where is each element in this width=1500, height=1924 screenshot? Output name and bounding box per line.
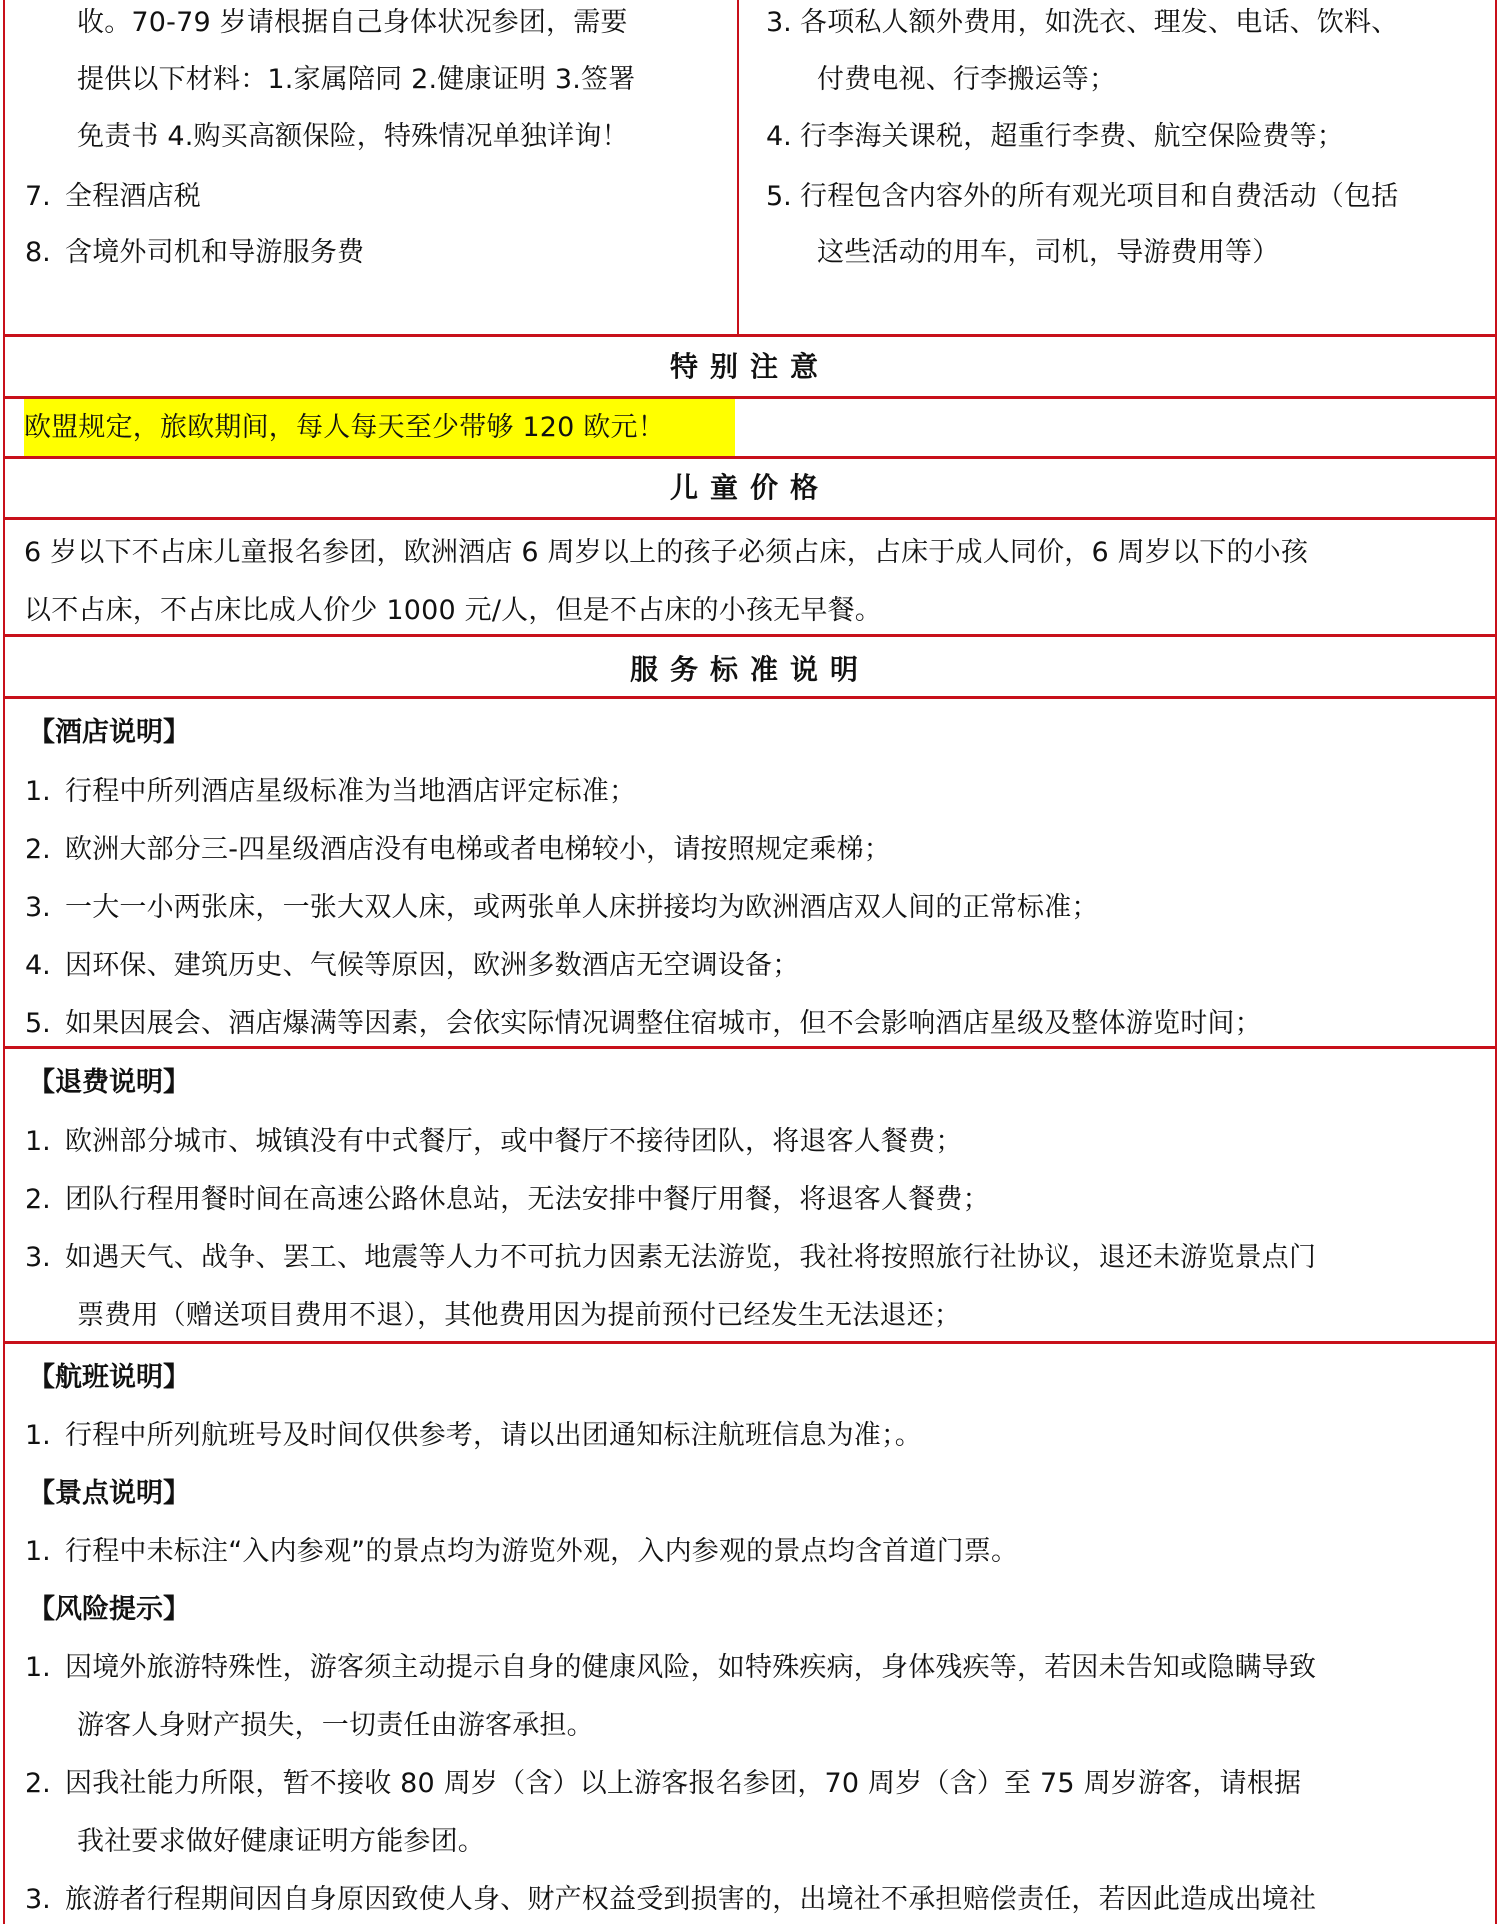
inclusion-item-6-continued: 收。70-79 岁请根据自己身体状况参团，需要 <box>77 6 628 40</box>
subheading-sights: 【景点说明】 <box>28 1477 190 1511</box>
list-number: 4. <box>766 120 792 154</box>
list-number: 2. <box>25 1183 51 1217</box>
risk-item: 因我社能力所限，暂不接收 80 周岁（含）以上游客报名参团，70 周岁（含）至 … <box>65 1767 1301 1801</box>
hotel-item: 因环保、建筑历史、气候等原因，欧洲多数酒店无空调设备； <box>65 949 799 983</box>
list-number: 1. <box>25 1125 51 1159</box>
exclusion-item-4: 行李海关课税，超重行李费、航空保险费等； <box>800 120 1344 154</box>
refund-item: 如遇天气、战争、罢工、地震等人力不可抗力因素无法游览，我社将按照旅行社协议，退还… <box>65 1241 1316 1275</box>
list-number: 4. <box>25 949 51 983</box>
refund-item-continued: 票费用（赠送项目费用不退），其他费用因为提前预付已经发生无法退还； <box>77 1299 961 1333</box>
subheading-flight: 【航班说明】 <box>28 1361 190 1395</box>
hotel-item: 如果因展会、酒店爆满等因素，会依实际情况调整住宿城市，但不会影响酒店星级及整体游… <box>65 1007 1262 1041</box>
list-number: 5. <box>766 180 792 214</box>
subheading-risk: 【风险提示】 <box>28 1593 190 1627</box>
list-number: 3. <box>25 1241 51 1275</box>
risk-item-continued: 我社要求做好健康证明方能参团。 <box>77 1825 485 1859</box>
list-number: 2. <box>25 1767 51 1801</box>
exclusion-item-5: 行程包含内容外的所有观光项目和自费活动（包括 <box>800 180 1398 214</box>
divider <box>3 517 1497 520</box>
inclusion-item-6-continued: 免责书 4.购买高额保险，特殊情况单独详询！ <box>77 120 629 154</box>
special-notice-text: 欧盟规定，旅欧期间，每人每天至少带够 120 欧元！ <box>24 411 665 445</box>
inclusion-item-8: 含境外司机和导游服务费 <box>65 236 364 270</box>
list-number: 1. <box>25 1651 51 1685</box>
child-price-text: 6 岁以下不占床儿童报名参团，欧洲酒店 6 周岁以上的孩子必须占床，占床于成人同… <box>24 536 1308 570</box>
list-number: 3. <box>25 891 51 925</box>
flight-item: 行程中所列航班号及时间仅供参考，请以出团通知标注航班信息为准；。 <box>65 1419 922 1453</box>
hotel-item: 欧洲大部分三-四星级酒店没有电梯或者电梯较小，请按照规定乘梯； <box>65 833 891 867</box>
section-title-child-price: 儿童价格 <box>3 471 1497 505</box>
risk-item-continued: 游客人身财产损失，一切责任由游客承担。 <box>77 1709 594 1743</box>
refund-item: 团队行程用餐时间在高速公路休息站，无法安排中餐厅用餐，将退客人餐费； <box>65 1183 990 1217</box>
section-title-special-notice: 特别注意 <box>3 350 1497 384</box>
list-number: 7. <box>25 180 51 214</box>
list-number: 5. <box>25 1007 51 1041</box>
divider <box>3 1046 1497 1049</box>
divider <box>3 456 1497 459</box>
divider <box>3 696 1497 699</box>
list-number: 1. <box>25 775 51 809</box>
list-number: 1. <box>25 1419 51 1453</box>
divider <box>3 334 1497 337</box>
exclusion-item-5-continued: 这些活动的用车，司机，导游费用等） <box>817 236 1279 270</box>
hotel-item: 行程中所列酒店星级标准为当地酒店评定标准； <box>65 775 636 809</box>
inclusion-item-7: 全程酒店税 <box>65 180 201 214</box>
inclusion-item-6-continued: 提供以下材料：1.家属陪同 2.健康证明 3.签署 <box>77 63 635 97</box>
list-number: 1. <box>25 1535 51 1569</box>
section-title-service-standard: 服务标准说明 <box>3 653 1497 687</box>
list-number: 3. <box>766 6 792 40</box>
list-number: 8. <box>25 236 51 270</box>
divider <box>3 1341 1497 1344</box>
subheading-refund: 【退费说明】 <box>28 1066 190 1100</box>
child-price-text: 以不占床，不占床比成人价少 1000 元/人，但是不占床的小孩无早餐。 <box>24 594 882 628</box>
list-number: 2. <box>25 833 51 867</box>
risk-item: 旅游者行程期间因自身原因致使人身、财产权益受到损害的，出境社不承担赔偿责任，若因… <box>65 1883 1316 1917</box>
sights-item: 行程中未标注“入内参观”的景点均为游览外观，入内参观的景点均含首道门票。 <box>65 1535 1018 1569</box>
hotel-item: 一大一小两张床，一张大双人床，或两张单人床拼接均为欧洲酒店双人间的正常标准； <box>65 891 1099 925</box>
divider <box>3 634 1497 637</box>
exclusion-item-3: 各项私人额外费用，如洗衣、理发、电话、饮料、 <box>800 6 1398 40</box>
exclusion-item-3-continued: 付费电视、行李搬运等； <box>817 63 1116 97</box>
risk-item: 因境外旅游特殊性，游客须主动提示自身的健康风险，如特殊疾病，身体残疾等，若因未告… <box>65 1651 1316 1685</box>
column-divider <box>737 0 739 336</box>
refund-item: 欧洲部分城市、城镇没有中式餐厅，或中餐厅不接待团队，将退客人餐费； <box>65 1125 963 1159</box>
list-number: 3. <box>25 1883 51 1917</box>
subheading-hotel: 【酒店说明】 <box>28 716 190 750</box>
